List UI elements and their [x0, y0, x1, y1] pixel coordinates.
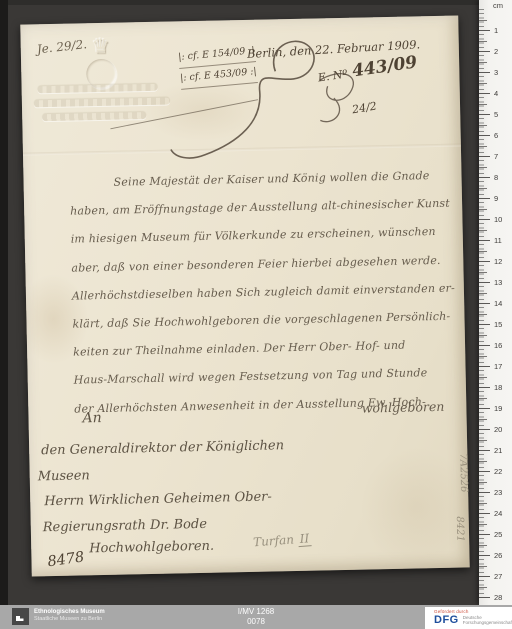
ruler-half-cm-tick [479, 41, 487, 42]
ruler-half-cm-tick [479, 419, 487, 420]
ruler-cm-label: 26 [494, 551, 502, 560]
ruler-cm-label: 27 [494, 572, 502, 581]
hyphenated-closing-word: wohlgeboren [362, 399, 445, 416]
ruler-half-cm-tick [479, 398, 487, 399]
ruler-half-cm-tick [479, 335, 487, 336]
dfg-wordmark-line1: Deutsche [463, 615, 482, 620]
ruler-cm-label: 22 [494, 467, 502, 476]
ruler-cm-label: 21 [494, 446, 502, 455]
ruler-cm-tick [479, 156, 490, 157]
ruler-cm-label: 5 [494, 110, 498, 119]
ruler-half-cm-tick [479, 587, 487, 588]
registry-number: E. Nº 443/09 [316, 52, 418, 86]
ruler-cm-tick [479, 408, 490, 409]
ruler-cm-label: 18 [494, 383, 502, 392]
ruler-cm-label: 28 [494, 593, 502, 602]
scan-bed-left-edge [0, 0, 8, 605]
ruler-half-cm-tick [479, 230, 487, 231]
ruler-cm-tick [479, 177, 490, 178]
dfg-funding-badge: Gefördert durch DFG Deutsche Forschungsg… [425, 607, 512, 629]
ruler-cm-tick [479, 261, 490, 262]
ruler-cm-label: 7 [494, 152, 498, 161]
ruler-half-cm-tick [479, 272, 487, 273]
ruler-cm-label: 4 [494, 89, 498, 98]
paper-stain [359, 445, 471, 567]
ruler-half-cm-tick [479, 146, 487, 147]
collection-numeral: II [297, 531, 312, 547]
ruler-half-cm-tick [479, 167, 487, 168]
ruler-cm-tick [479, 30, 490, 31]
ruler-cm-label: 9 [494, 194, 498, 203]
ruler-cm-label: 8 [494, 173, 498, 182]
collection-name: Turfan [253, 532, 295, 549]
ruler-cm-tick [479, 303, 490, 304]
dfg-logo: DFG [434, 614, 459, 626]
address-line: Herrn Wirklichen Geheimen Ober- [44, 484, 285, 515]
embossed-letterhead-line [38, 84, 158, 94]
ruler-cm-label: 3 [494, 68, 498, 77]
ruler-cm-label: 2 [494, 47, 498, 56]
ruler-unit-label: cm [493, 1, 503, 10]
ruler-cm-label: 15 [494, 320, 502, 329]
inventory-number-note: 8478 [47, 549, 86, 570]
ruler-cm-tick [479, 492, 490, 493]
ruler-half-cm-tick [479, 251, 487, 252]
ruler-cm-tick [479, 198, 490, 199]
ruler-cm-tick [479, 114, 490, 115]
ruler-cm-tick [479, 51, 490, 52]
ruler-cm-tick [479, 597, 490, 598]
ruler-cm-label: 25 [494, 530, 502, 539]
ruler-half-cm-tick [479, 293, 487, 294]
ruler-cm-tick [479, 72, 490, 73]
ruler-half-cm-tick [479, 440, 487, 441]
ruler-cm-label: 1 [494, 26, 498, 35]
ruler-cm-tick [479, 219, 490, 220]
address-line: Regierungsrath Dr. Bode [43, 510, 286, 541]
ruler-cm-label: 11 [494, 236, 502, 245]
ruler-cm-tick [479, 555, 490, 556]
registry-value: 443/09 [351, 52, 419, 81]
ruler-cm-label: 23 [494, 488, 502, 497]
ruler-cm-label: 12 [494, 257, 502, 266]
registry-date: 24/2 [351, 100, 377, 117]
ruler-cm-tick [479, 324, 490, 325]
ruler-half-cm-tick [479, 524, 487, 525]
ruler-half-cm-tick [479, 188, 487, 189]
ruler-cm-tick [479, 282, 490, 283]
ruler-cm-label: 24 [494, 509, 502, 518]
ruler-cm-label: 14 [494, 299, 502, 308]
ruler-half-cm-tick [479, 377, 487, 378]
letter-body: Seine Majestät der Kaiser und König woll… [69, 162, 454, 424]
ruler-half-cm-tick [479, 545, 487, 546]
address-salutation: An [82, 410, 101, 426]
ruler-cm-tick [479, 576, 490, 577]
ruler-half-cm-tick [479, 503, 487, 504]
vertical-margin-note-1: 7A2526 [457, 453, 469, 492]
scan-bed-top-edge [0, 0, 512, 5]
embossed-letterhead-line [34, 98, 170, 108]
ruler-half-cm-tick [479, 125, 487, 126]
address-line: den Generaldirektor der Königlichen [41, 433, 284, 464]
ruler-cm-label: 6 [494, 131, 498, 140]
address-closing: Hochwohlgeboren. [89, 539, 214, 557]
dfg-wordmark: Deutsche Forschungsgemeinschaft [463, 615, 512, 626]
ruler-half-cm-tick [479, 566, 487, 567]
ruler-half-cm-tick [479, 83, 487, 84]
ruler-cm-label: 19 [494, 404, 502, 413]
ruler-half-cm-tick [479, 314, 487, 315]
scale-ruler: cm 1234567891011121314151617181920212223… [479, 0, 512, 605]
ruler-half-cm-tick [479, 482, 487, 483]
registry-prefix: E. Nº [317, 67, 348, 84]
ruler-cm-label: 16 [494, 341, 502, 350]
ruler-cm-label: 17 [494, 362, 502, 371]
ruler-cm-tick [479, 345, 490, 346]
ruler-cm-tick [479, 534, 490, 535]
scanned-letter-page: ♛ Je. 29/2. |: cf. E 154/09 :| |: cf. E … [20, 15, 469, 576]
ruler-cm-tick [479, 93, 490, 94]
registry-cross-references: |: cf. E 154/09 :| |: cf. E 453/09 :| [177, 41, 257, 90]
ruler-cm-tick [479, 366, 490, 367]
ruler-half-cm-tick [479, 104, 487, 105]
paper-crease [23, 143, 461, 155]
pencil-collection-note: Turfan II [253, 531, 312, 549]
vertical-margin-note-2: 8421 [454, 516, 466, 542]
ruler-half-cm-tick [479, 461, 487, 462]
paper-stain [141, 80, 262, 142]
ruler-cm-tick [479, 387, 490, 388]
ruler-cm-label: 13 [494, 278, 502, 287]
dfg-wordmark-line2: Forschungsgemeinschaft [463, 620, 512, 625]
ruler-cm-tick [479, 135, 490, 136]
ruler-half-cm-tick [479, 209, 487, 210]
ruler-cm-tick [479, 471, 490, 472]
ruler-half-cm-tick [479, 62, 487, 63]
ruler-half-cm-tick [479, 356, 487, 357]
ruler-cm-label: 20 [494, 425, 502, 434]
ruler-cm-label: 10 [494, 215, 502, 224]
address-block: den Generaldirektor der KöniglichenMusee… [41, 433, 286, 540]
embossed-letterhead-line [42, 112, 146, 121]
ruler-half-cm-tick [479, 20, 487, 21]
ruler-cm-tick [479, 429, 490, 430]
ruler-cm-tick [479, 450, 490, 451]
ruler-cm-tick [479, 513, 490, 514]
ruler-cm-tick [479, 240, 490, 241]
